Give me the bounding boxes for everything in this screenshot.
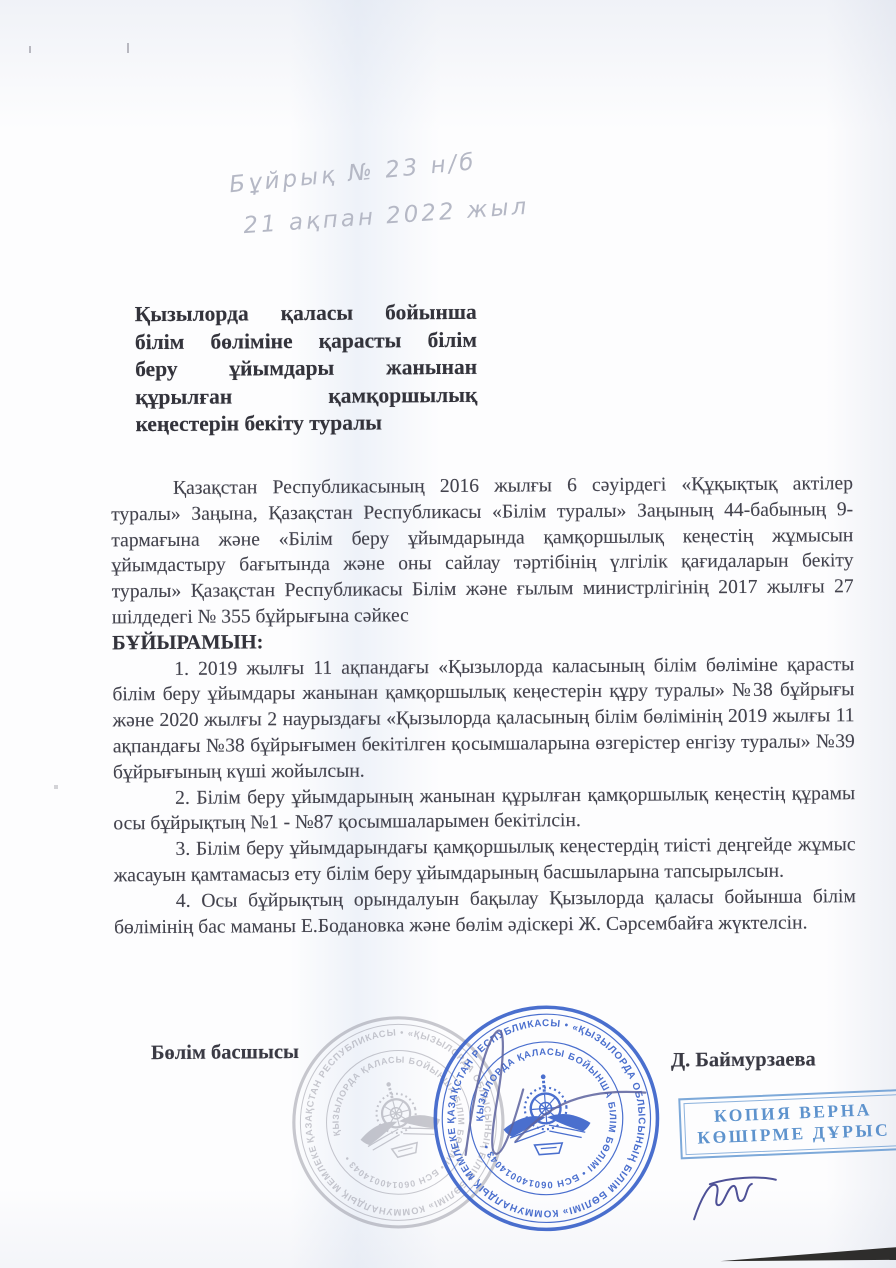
scanned-order-document: Бұйрық № 23 н/б 21 ақпан 2022 жыл Қызыло… (0, 0, 896, 1268)
round-official-stamp-blue: ҚАЗАҚСТАН РЕСПУБЛИКАСЫ • «ҚЫЗЫЛОРДА ОБЛЫ… (419, 991, 675, 1247)
signatory-name: Д. Баймурзаева (671, 1048, 816, 1072)
order-item-3: 3. Білім беру ұйымдарындағы қамқоршылық … (113, 832, 855, 889)
title-line: білім бөліміне қарасты білім (135, 326, 477, 356)
title-line: құрылған қамқоршылық (135, 382, 477, 412)
order-item-2: 2. Білім беру ұйымдарының жанынан құрылғ… (113, 781, 855, 838)
document-body: Қазақстан Республикасының 2016 жылғы 6 с… (111, 471, 856, 941)
document-title: Қызылорда қаласы бойынша білім бөліміне … (135, 299, 478, 439)
copy-stamp-border: КОПИЯ ВЕРНА КӨШІРМЕ ДҰРЫС (683, 1094, 896, 1155)
copy-certification-stamp: КОПИЯ ВЕРНА КӨШІРМЕ ДҰРЫС (678, 1089, 896, 1159)
order-item-4: 4. Осы бұйрықтың орындалуын бақылау Қызы… (114, 884, 856, 941)
certifier-signature-stroke (694, 1177, 776, 1219)
handwritten-date: 21 ақпан 2022 жыл (243, 194, 531, 239)
scan-edge-shadow (720, 1247, 896, 1261)
handwritten-order-number: Бұйрық № 23 н/б (228, 149, 477, 198)
preamble-paragraph: Қазақстан Республикасының 2016 жылғы 6 с… (111, 471, 854, 631)
title-line: Қызылорда қаласы бойынша (135, 299, 477, 329)
order-item-1: 1. 2019 жылғы 11 ақпандағы «Қызылорда ка… (112, 652, 855, 786)
title-line: кеңестерін бекіту туралы (135, 409, 477, 439)
title-line: беру ұйымдары жанынан (135, 354, 477, 384)
